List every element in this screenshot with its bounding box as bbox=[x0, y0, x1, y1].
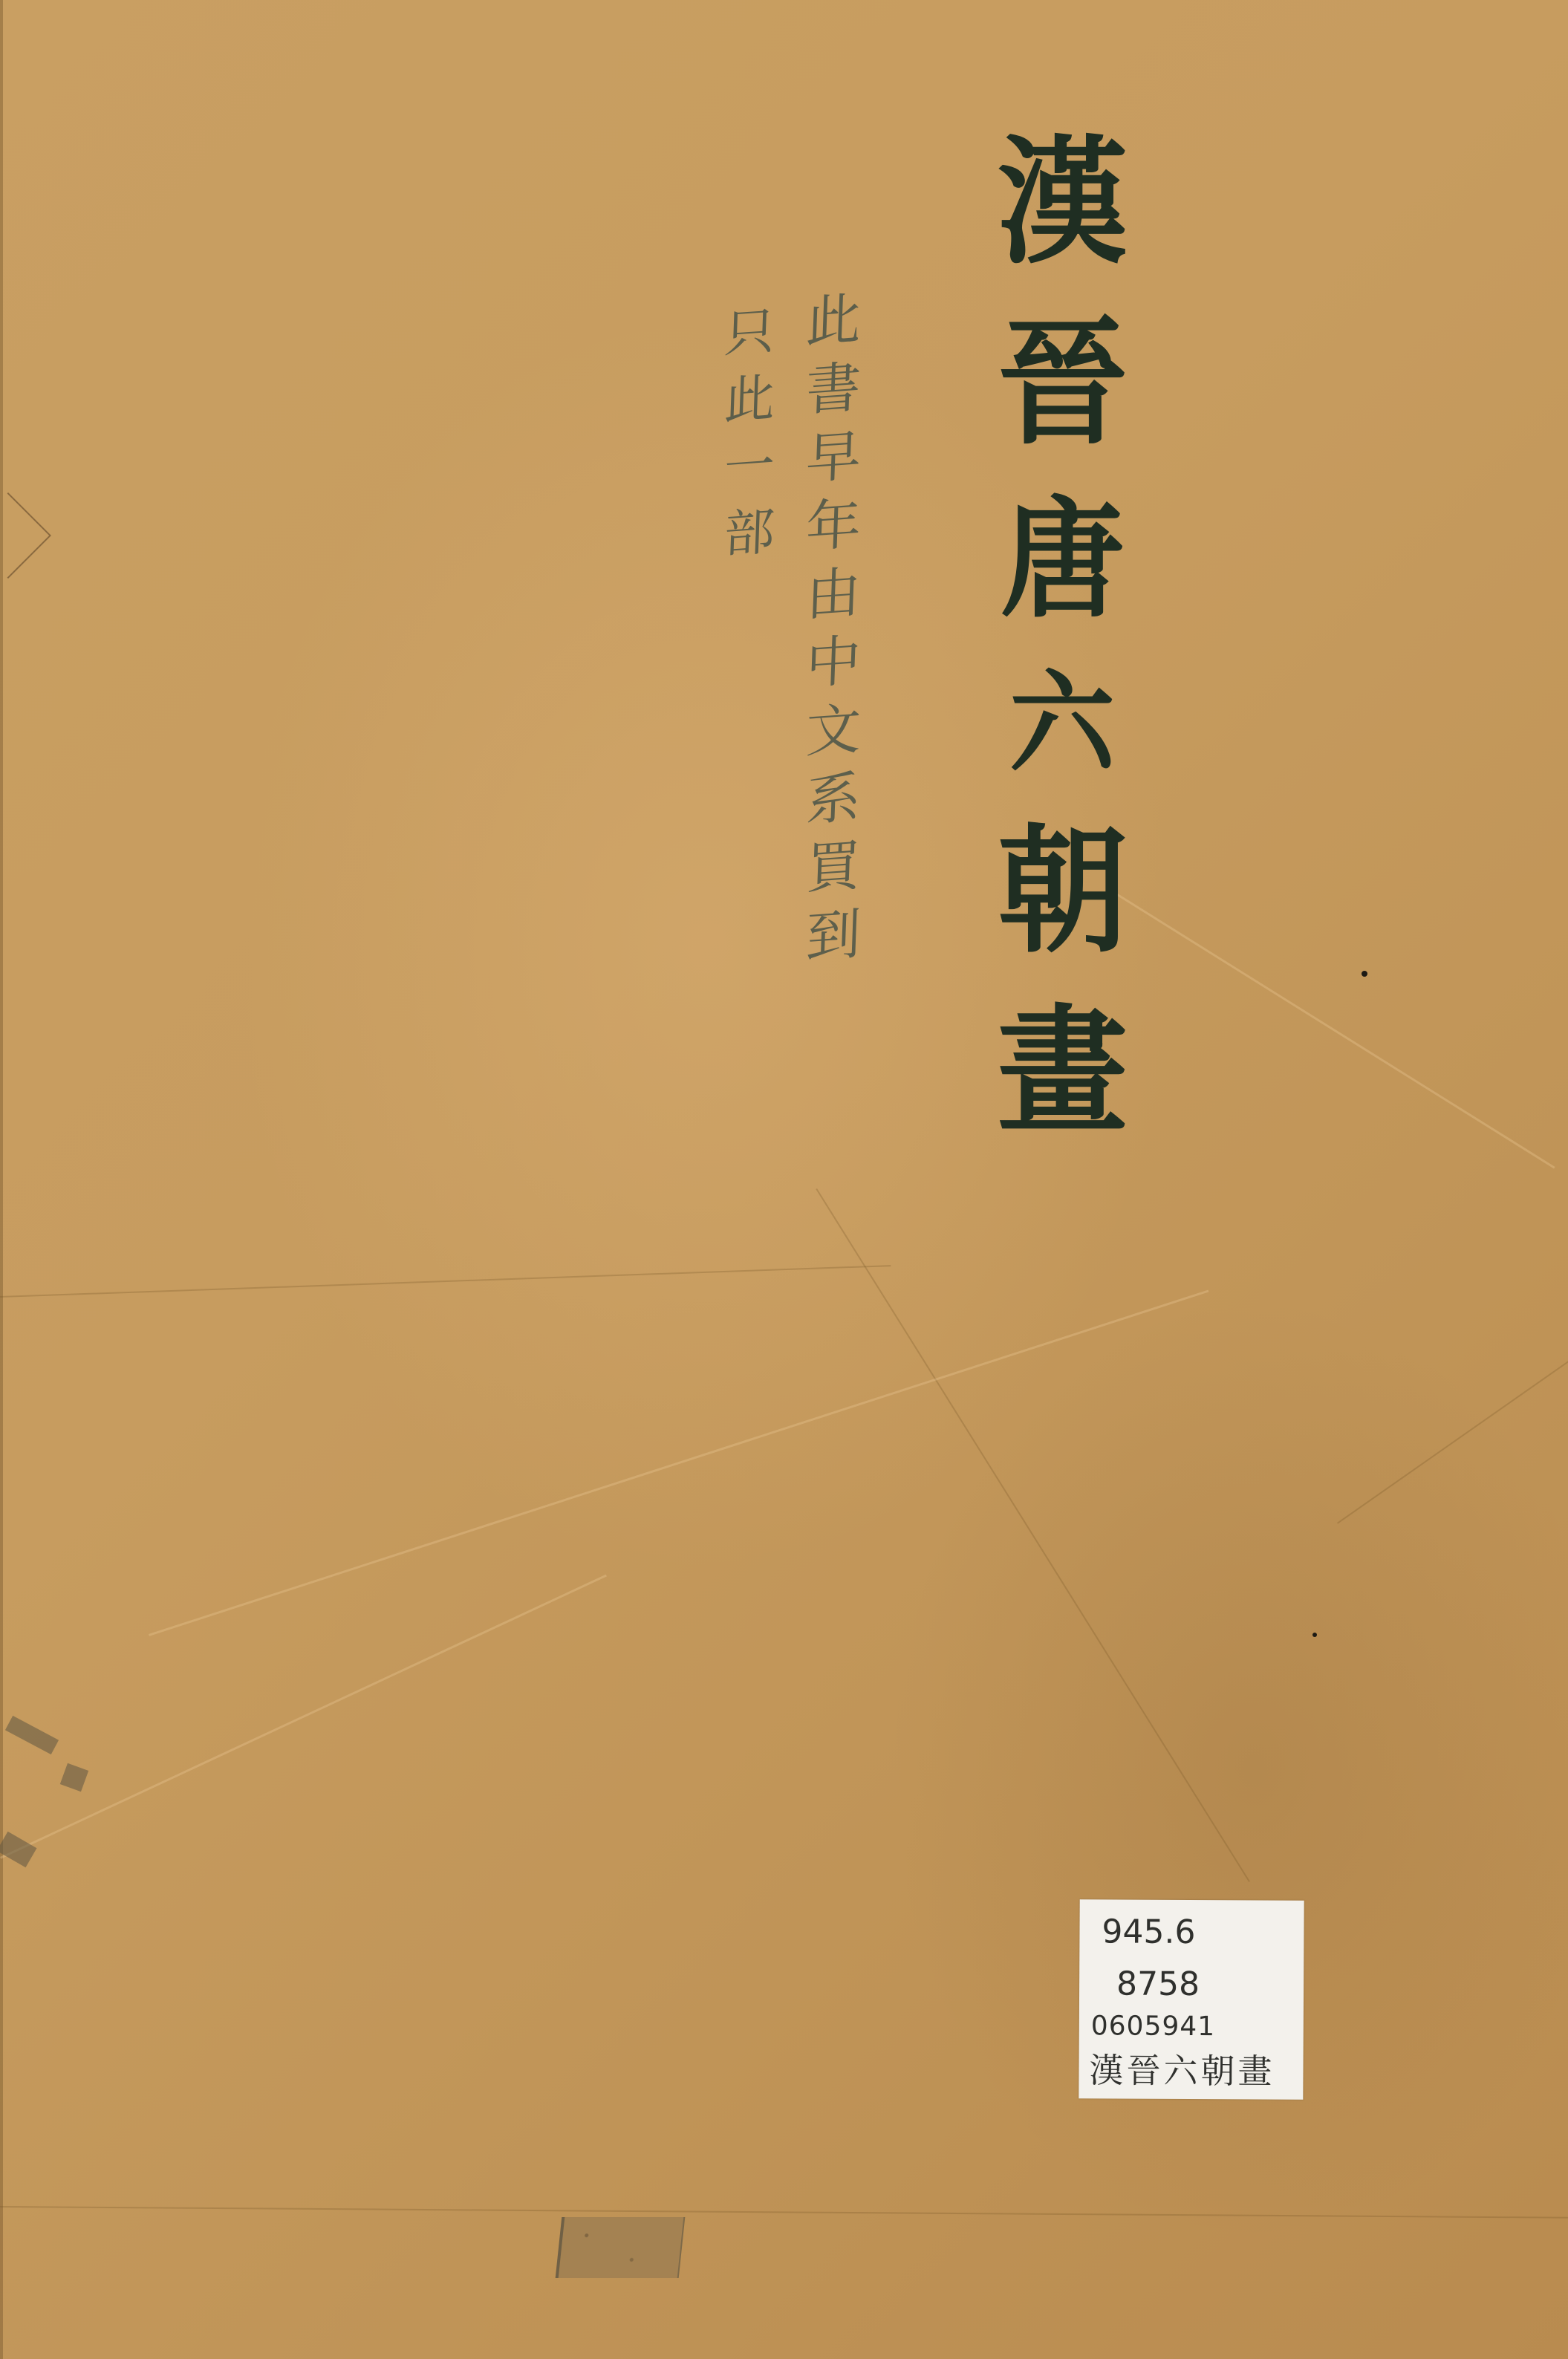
title-char: 朝 bbox=[997, 822, 1128, 960]
note-char: 書 bbox=[805, 359, 862, 419]
ink-spot bbox=[1362, 971, 1367, 977]
paper-crease bbox=[0, 1575, 607, 1859]
note-char: 系 bbox=[805, 769, 862, 829]
label-title: 漢晉六朝畫 bbox=[1089, 2053, 1275, 2088]
tape-residue bbox=[0, 1832, 36, 1867]
note-char: 此 bbox=[805, 291, 862, 351]
title-char: 畫 bbox=[997, 1003, 1128, 1140]
paper-crease bbox=[1337, 1309, 1568, 1523]
note-char: 早 bbox=[805, 428, 862, 487]
note-char: 到 bbox=[805, 906, 862, 966]
tape-residue bbox=[5, 1716, 59, 1754]
brush-title: 漢 晉 唐 六 朝 畫 bbox=[966, 134, 1159, 1140]
note-char: 文 bbox=[805, 701, 862, 761]
note-char: 只 bbox=[723, 306, 775, 360]
folded-corner-mark bbox=[0, 492, 51, 579]
envelope-edge bbox=[0, 0, 3, 2359]
note-char: 中 bbox=[805, 633, 862, 692]
note-char: 部 bbox=[723, 507, 775, 561]
title-char: 六 bbox=[1009, 668, 1116, 779]
ink-spot bbox=[1312, 1633, 1317, 1637]
paper-crease bbox=[0, 1265, 891, 1298]
envelope-cover: 漢 晉 唐 六 朝 畫 此 書 早 年 由 中 文 系 買 到 只 此 一 部 … bbox=[0, 0, 1568, 2359]
note-char: 一 bbox=[723, 440, 775, 494]
call-number-label: 945.6 8758 0605941 漢晉六朝畫 bbox=[1079, 1899, 1304, 2100]
accession-number: 0605941 bbox=[1091, 2013, 1216, 2040]
title-char: 唐 bbox=[1001, 495, 1124, 625]
paper-crease bbox=[0, 2206, 1568, 2219]
torn-tape-patch bbox=[556, 2217, 686, 2278]
title-char: 晉 bbox=[997, 314, 1128, 452]
handwritten-note-column-1: 此 書 早 年 由 中 文 系 買 到 bbox=[806, 293, 861, 977]
cutter-number: 8758 bbox=[1116, 1968, 1200, 2001]
note-char: 買 bbox=[805, 838, 862, 897]
handwritten-note-column-2: 只 此 一 部 bbox=[724, 308, 775, 576]
note-char: 年 bbox=[805, 496, 862, 556]
paper-crease bbox=[816, 1188, 1250, 1882]
tape-residue bbox=[60, 1763, 88, 1792]
paper-crease bbox=[149, 1289, 1209, 1636]
note-char: 此 bbox=[723, 373, 775, 427]
classification-number: 945.6 bbox=[1102, 1916, 1195, 1949]
title-char: 漢 bbox=[997, 134, 1128, 271]
note-char: 由 bbox=[805, 564, 862, 624]
paper-crease bbox=[1113, 891, 1555, 1168]
